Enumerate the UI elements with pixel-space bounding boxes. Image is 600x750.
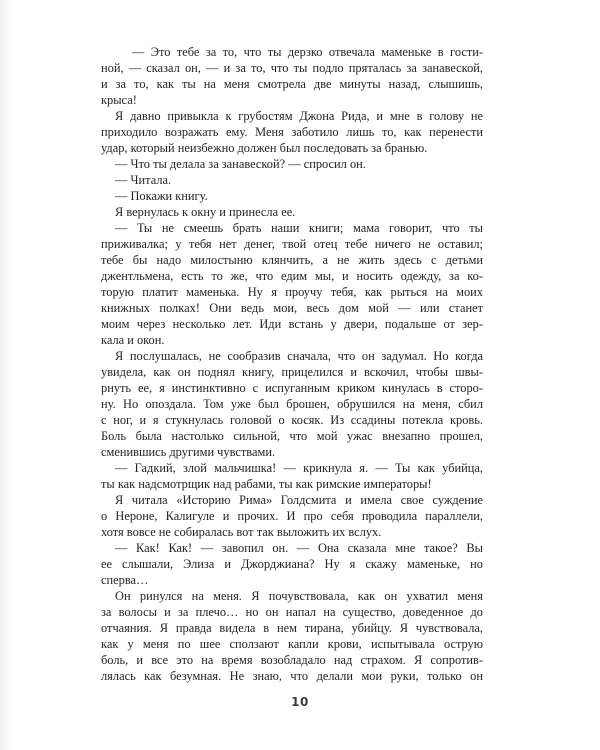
- text-line: джентльмена, есть то же, что едим мы, и …: [101, 268, 483, 284]
- text-line: боль, и все это на время возобладало над…: [101, 652, 483, 668]
- text-line: ее слышали, Элиза и Джорджиана? Ну я ска…: [101, 556, 483, 572]
- text-line: Он ринулся на меня. Я почувствовала, как…: [101, 588, 483, 604]
- text-line: — Читала.: [101, 172, 483, 188]
- text-line: — Покажи книгу.: [101, 188, 483, 204]
- text-line: Боль была настолько сильной, что мой ужа…: [101, 428, 483, 444]
- text-line: удар, который неизбежно должен был после…: [101, 140, 483, 156]
- text-line: рнуть ее, я инстинктивно с испуганным кр…: [101, 380, 483, 396]
- text-line: — Как! Как! — завопил он. — Она сказала …: [101, 540, 483, 556]
- text-line: Я давно привыкла к грубостям Джона Рида,…: [101, 108, 483, 124]
- text-line: за волосы и за плечо… но он напал на сущ…: [101, 604, 483, 620]
- text-line: хотя вовсе не собиралась вот так выложит…: [101, 524, 483, 540]
- text-line: книжных полках! Они ведь мои, весь дом м…: [101, 300, 483, 316]
- page-number: 10: [0, 694, 600, 710]
- text-line: и за то, как ты на меня смотрела две мин…: [101, 76, 483, 92]
- text-line: ты как надсмотрщик над рабами, ты как ри…: [101, 476, 483, 492]
- text-line: моим через несколько лет. Иди встань у д…: [101, 316, 483, 332]
- text-line: — Гадкий, злой мальчишка! — крикнула я. …: [101, 460, 483, 476]
- text-line: сперва…: [101, 572, 483, 588]
- text-line: — Что ты делала за занавеской? — спросил…: [101, 156, 483, 172]
- text-line: Я читала «Историю Рима» Голдсмита и имел…: [101, 492, 483, 508]
- text-line: — Ты не смеешь брать наши книги; мама го…: [101, 220, 483, 236]
- text-line: лялась как безумная. Не знаю, что делали…: [101, 668, 483, 684]
- text-line: Я послушалась, не сообразив сначала, что…: [101, 348, 483, 364]
- text-line: крыса!: [101, 92, 483, 108]
- text-line: приходило возражать ему. Меня заботило л…: [101, 124, 483, 140]
- text-line: торую платит маменька. Ну я проучу тебя,…: [101, 284, 483, 300]
- text-line: ной, — сказал он, — и за то, что ты подл…: [101, 60, 483, 76]
- text-line: отчаяния. Я правда видела в нем тирана, …: [101, 620, 483, 636]
- book-page: — Это тебе за то, что ты дерзко отвечала…: [0, 0, 600, 750]
- text-line: — Это тебе за то, что ты дерзко отвечала…: [101, 44, 483, 60]
- text-block: — Это тебе за то, что ты дерзко отвечала…: [101, 44, 483, 684]
- text-line: приживалка; у тебя нет денег, твой отец …: [101, 236, 483, 252]
- text-line: о Нероне, Калигуле и прочих. И про себя …: [101, 508, 483, 524]
- text-line: ну. Но опоздала. Том уже был брошен, обр…: [101, 396, 483, 412]
- text-line: как у меня по шее сползают капли крови, …: [101, 636, 483, 652]
- text-line: тебе бы надо милостыню клянчить, а не жи…: [101, 252, 483, 268]
- text-line: Я вернулась к окну и принесла ее.: [101, 204, 483, 220]
- text-line: сменившись другими чувствами.: [101, 444, 483, 460]
- text-line: увидела, как он поднял книгу, прицелился…: [101, 364, 483, 380]
- text-line: с ног, и я стукнулась головой о косяк. И…: [101, 412, 483, 428]
- text-line: кала и окон.: [101, 332, 483, 348]
